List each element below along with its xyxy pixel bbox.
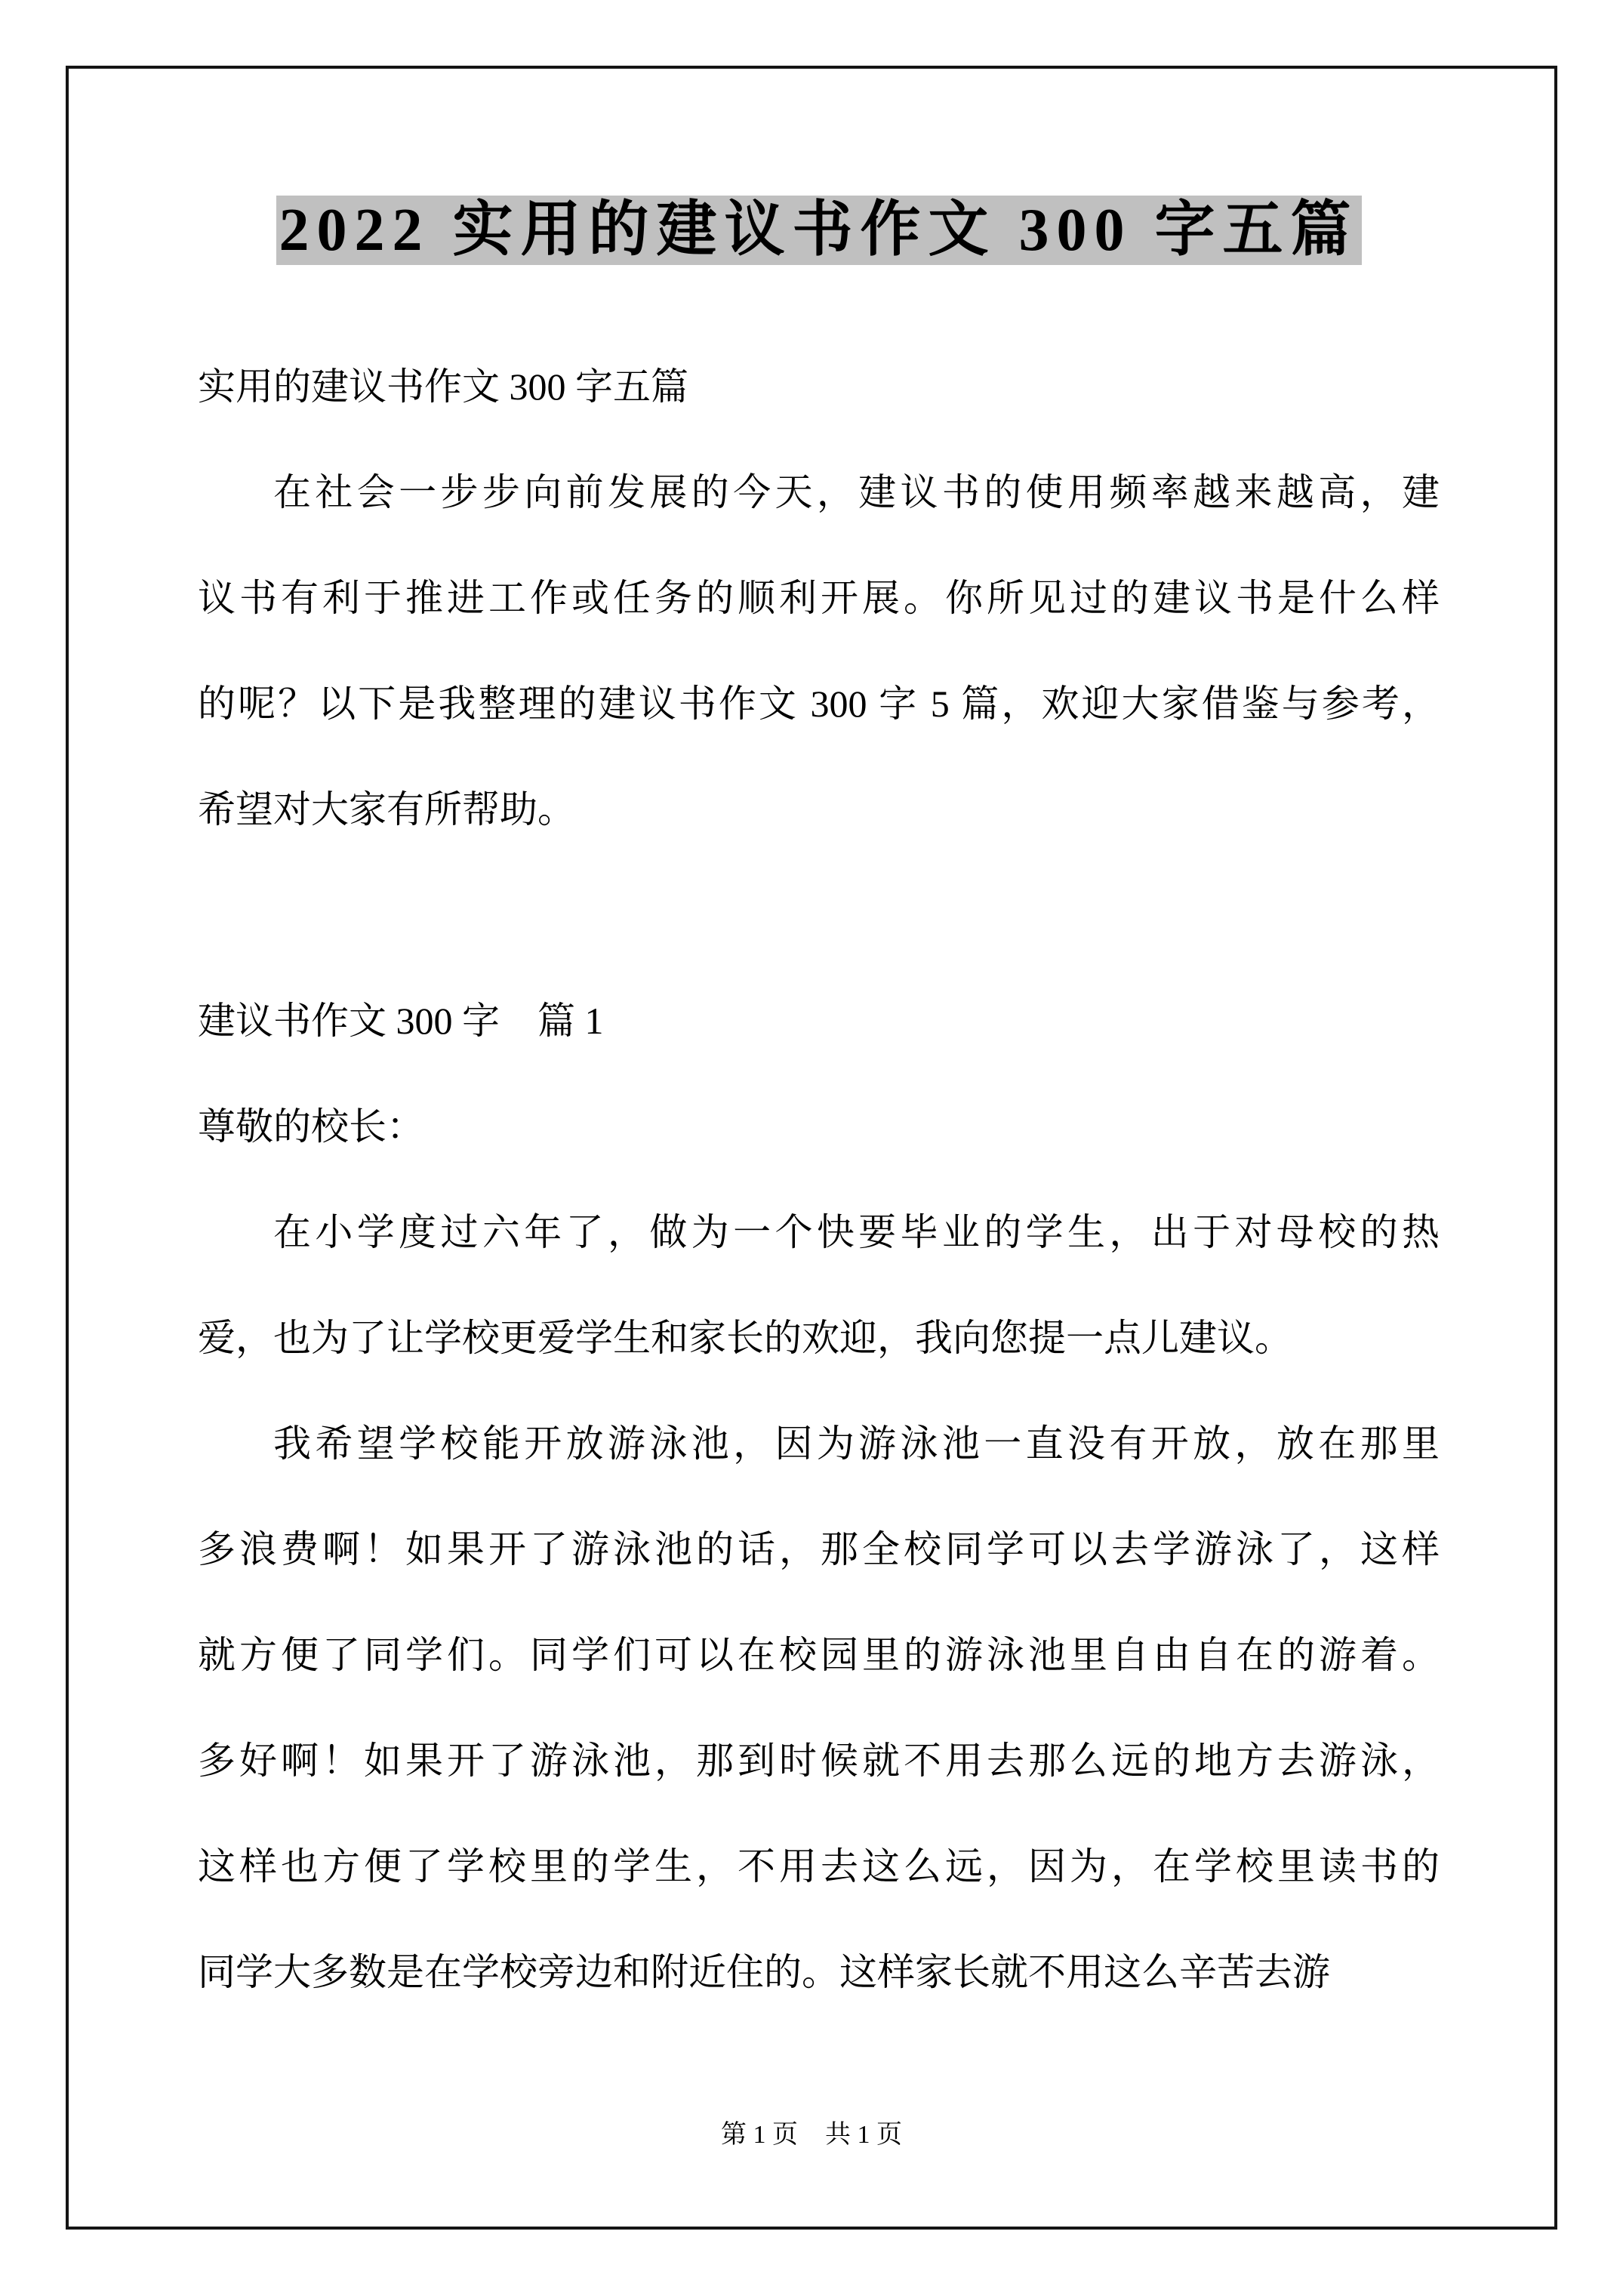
text-line: 的呢？以下是我整理的建议书作文 300 字 5 篇，欢迎大家借鉴与参考， — [198, 651, 1440, 757]
text-line: 在社会一步步向前发展的今天，建议书的使用频率越来越高，建 — [198, 439, 1440, 545]
text-line: 实用的建议书作文 300 字五篇 — [198, 334, 1440, 439]
text-line: 建议书作文 300 字 篇 1 — [198, 968, 1440, 1074]
blank-line — [198, 862, 1440, 968]
document-page: { "colors": { "title_highlight": "#c0c0c… — [0, 0, 1623, 2296]
text-line: 就方便了同学们。同学们可以在校园里的游泳池里自由自在的游着。 — [198, 1602, 1440, 1708]
footer-page-total: 共 1 页 — [825, 2121, 902, 2149]
paragraph: 建议书作文 300 字 篇 1 — [198, 968, 1440, 1074]
paragraph: 尊敬的校长： — [198, 1074, 1440, 1179]
text-line: 希望对大家有所帮助。 — [198, 757, 1440, 862]
text-line: 尊敬的校长： — [198, 1074, 1440, 1179]
document-title: 2022 实用的建议书作文 300 字五篇 — [198, 189, 1440, 272]
page-footer: 第 1 页共 1 页 — [0, 2119, 1623, 2152]
text-line: 这样也方便了学校里的学生，不用去这么远，因为，在学校里读书的 — [198, 1814, 1440, 1919]
text-line: 多浪费啊！如果开了游泳池的话，那全校同学可以去学游泳了，这样 — [198, 1496, 1440, 1602]
paragraph: 我希望学校能开放游泳池，因为游泳池一直没有开放，放在那里多浪费啊！如果开了游泳池… — [198, 1391, 1440, 2025]
text-line: 我希望学校能开放游泳池，因为游泳池一直没有开放，放在那里 — [198, 1391, 1440, 1496]
document-content: 2022 实用的建议书作文 300 字五篇 实用的建议书作文 300 字五篇在社… — [198, 189, 1440, 2025]
paragraphs: 实用的建议书作文 300 字五篇在社会一步步向前发展的今天，建议书的使用频率越来… — [198, 334, 1440, 2025]
text-line: 议书有利于推进工作或任务的顺利开展。你所见过的建议书是什么样 — [198, 545, 1440, 651]
title-highlight: 2022 实用的建议书作文 300 字五篇 — [276, 196, 1362, 265]
paragraph: 实用的建议书作文 300 字五篇 — [198, 334, 1440, 439]
text-line: 同学大多数是在学校旁边和附近住的。这样家长就不用这么辛苦去游 — [198, 1919, 1440, 2025]
paragraph: 在小学度过六年了，做为一个快要毕业的学生，出于对母校的热爱，也为了让学校更爱学生… — [198, 1179, 1440, 1391]
text-line: 在小学度过六年了，做为一个快要毕业的学生，出于对母校的热 — [198, 1179, 1440, 1285]
text-line: 爱，也为了让学校更爱学生和家长的欢迎，我向您提一点儿建议。 — [198, 1285, 1440, 1391]
paragraph: 在社会一步步向前发展的今天，建议书的使用频率越来越高，建议书有利于推进工作或任务… — [198, 439, 1440, 862]
text-line: 多好啊！如果开了游泳池，那到时候就不用去那么远的地方去游泳， — [198, 1708, 1440, 1814]
footer-page-number: 第 1 页 — [721, 2121, 798, 2149]
